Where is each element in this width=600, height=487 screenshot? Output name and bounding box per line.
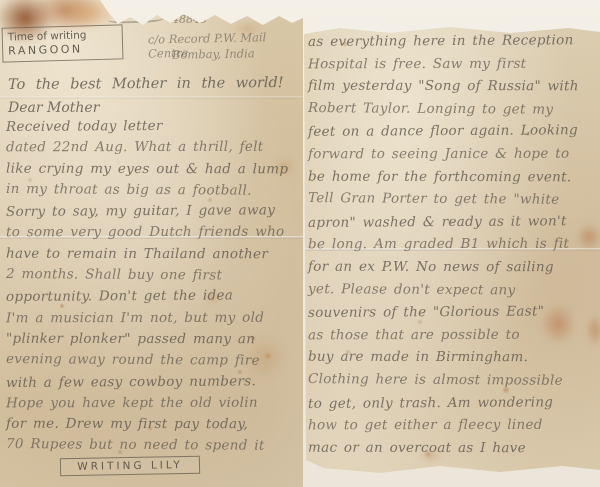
handwritten-line: as those that are possible to [308, 323, 600, 346]
illegible-scribble [108, 13, 164, 24]
handwritten-line: dated 22nd Aug. What a thrill, felt [6, 137, 303, 159]
salutation-line: To the best Mother in the world! [8, 75, 284, 93]
handwritten-line: Hope you have kept the old violin [6, 393, 303, 415]
handwritten-line: Tell Gran Porter to get the "white [308, 187, 600, 212]
handwritten-line: be home for the forthcoming event. [308, 165, 600, 188]
letter-page-right: as everything here in the ReceptionHospi… [300, 22, 600, 483]
annotation-place: RANGOON [8, 41, 118, 58]
handwritten-line: film yesterday "Song of Russia" with [308, 75, 600, 98]
left-page-body: Received today letterdated 22nd Aug. Wha… [6, 116, 303, 457]
handwritten-line: evening away round the camp fire [6, 349, 303, 372]
fold-crease [0, 96, 303, 99]
handwritten-line: like crying my eyes out & had a lump [6, 158, 303, 180]
handwritten-line: 70 Rupees but no need to spend it [6, 434, 303, 457]
handwritten-line: buy are made in Birmingham. [308, 346, 600, 369]
handwritten-line: be long. Am graded B1 which is fit [308, 233, 600, 256]
handwritten-line: opportunity. Don't get the idea [6, 285, 303, 308]
letter-scan: Time of writing RANGOON 48845 c/o Record… [0, 0, 600, 487]
torn-header-line: 48845 [108, 13, 207, 26]
handwritten-line: apron" washed & ready as it won't [308, 210, 600, 235]
handwritten-line: Hospital is free. Saw my first [308, 52, 600, 75]
handwritten-line: for an ex P.W. No news of sailing [308, 256, 600, 279]
handwritten-line: with a few easy cowboy numbers. [6, 371, 303, 394]
right-page-body: as everything here in the ReceptionHospi… [308, 30, 600, 459]
handwritten-line: to some very good Dutch friends who [6, 222, 303, 244]
handwritten-line: Received today letter [6, 115, 303, 138]
greeting-line: Dear Mother [8, 100, 99, 116]
handwritten-line: to get, only trash. Am wondering [308, 391, 600, 416]
handwritten-line: how to get either a fleecy lined [308, 414, 600, 437]
handwritten-line: have to remain in Thailand another [6, 243, 303, 265]
handwritten-line: Clothing here is almost impossible [308, 368, 600, 393]
service-number: 48845 [172, 13, 207, 26]
handwritten-line: I'm a musician I'm not, but my old [6, 307, 303, 329]
handwritten-line: "plinker plonker" passed many an [6, 329, 303, 351]
handwritten-line: souvenirs of the "Glorious East" [308, 300, 600, 325]
handwritten-line: Robert Taylor. Longing to get my [308, 97, 600, 122]
handwritten-line: Sorry to say, my guitar, I gave away [6, 200, 303, 223]
writing-lily-annotation: WRITING LILY [60, 456, 200, 476]
handwritten-line: yet. Please don't expect any [308, 278, 600, 303]
address-line-2: Bombay, India [172, 46, 255, 61]
handwritten-line: mac or an overcoat as I have [308, 436, 600, 459]
handwritten-line: in my throat as big as a football. [6, 179, 303, 202]
handwritten-line: for me. Drew my first pay today, [6, 414, 303, 436]
time-of-writing-annotation: Time of writing RANGOON [2, 24, 124, 62]
annotation-writer: WRITING LILY [77, 459, 183, 473]
handwritten-line: forward to seeing Janice & hope to [308, 143, 600, 166]
handwritten-line: 2 months. Shall buy one first [6, 264, 303, 287]
letter-page-left: Time of writing RANGOON 48845 c/o Record… [0, 0, 303, 487]
handwritten-line: feet on a dance floor again. Looking [308, 119, 600, 144]
handwritten-line: as everything here in the Reception [308, 29, 600, 54]
